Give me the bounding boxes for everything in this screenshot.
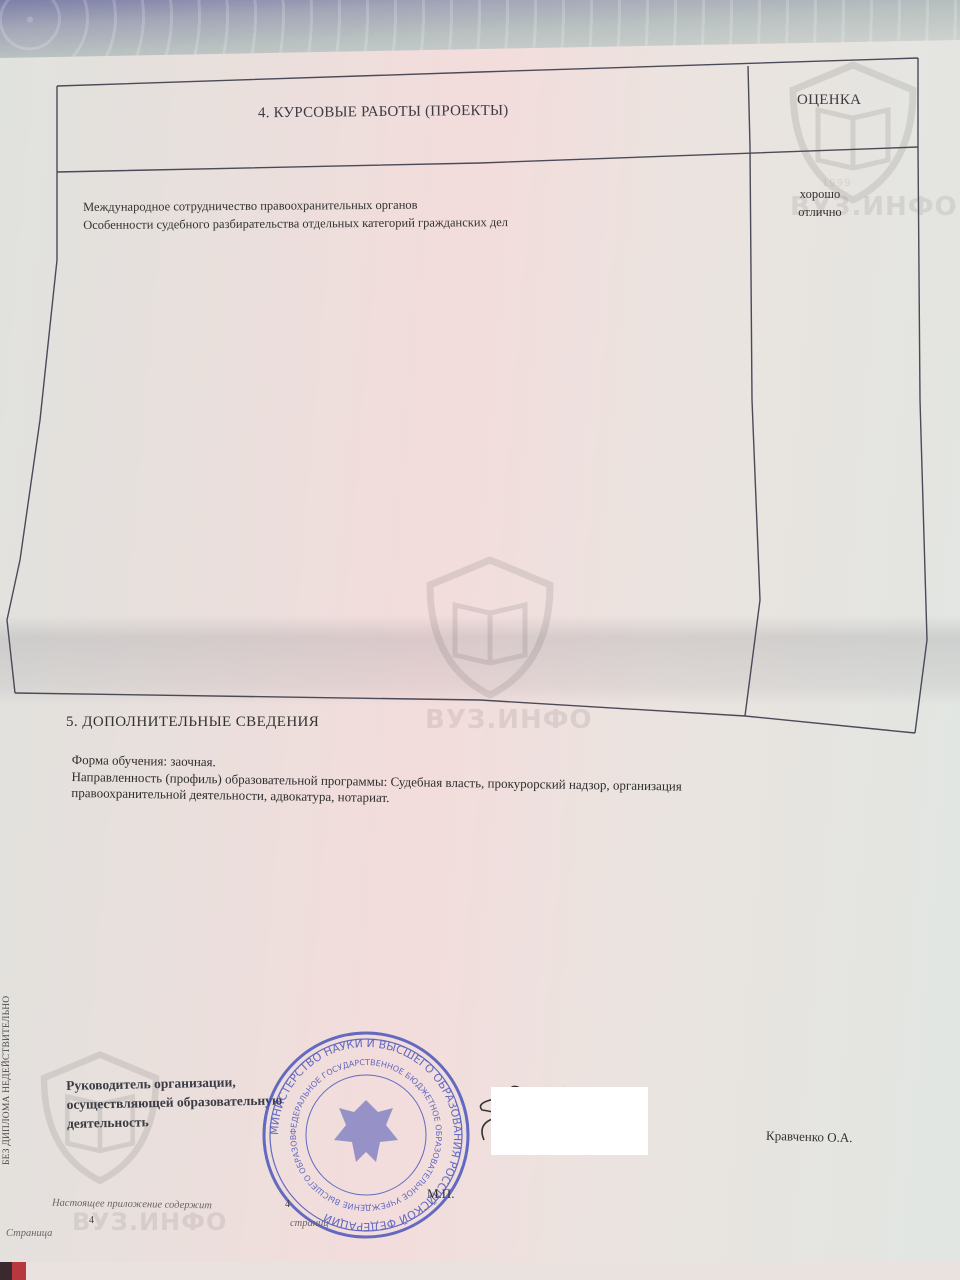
pages-count: 4: [285, 1199, 290, 1210]
grade-value: отлично: [792, 203, 848, 221]
coursework-list: Международное сотрудничество правоохрани…: [83, 195, 508, 234]
head-of-organization-label: Руководитель организации, осуществляющей…: [66, 1071, 283, 1133]
table-surface-edge: [0, 1262, 960, 1280]
section-4-title: 4. КУРСОВЫЕ РАБОТЫ (ПРОЕКТЫ): [258, 103, 509, 123]
page-fold-shadow: [0, 615, 960, 705]
grade-value: хорошо: [792, 185, 848, 203]
section-5-title: 5. ДОПОЛНИТЕЛЬНЫЕ СВЕДЕНИЯ: [66, 714, 319, 731]
grade-column-header: ОЦЕНКА: [797, 92, 861, 109]
seal-place-label: М.П.: [427, 1186, 454, 1202]
head-name: Кравченко О.А.: [766, 1128, 853, 1146]
official-seal-icon: МИНИСТЕРСТВО НАУКИ И ВЫСШЕГО ОБРАЗОВАНИЯ…: [258, 1030, 474, 1240]
pages-word: страниц: [290, 1218, 328, 1229]
coursework-item: Особенности судебного разбирательства от…: [83, 213, 508, 234]
validity-note: БЕЗ ДИПЛОМА НЕДЕЙСТВИТЕЛЬНО: [2, 996, 12, 1165]
redacted-signature: [491, 1087, 648, 1155]
page-number: 4: [89, 1215, 94, 1226]
page-word: Страница: [6, 1228, 52, 1239]
grade-list: хорошо отлично: [792, 185, 848, 221]
